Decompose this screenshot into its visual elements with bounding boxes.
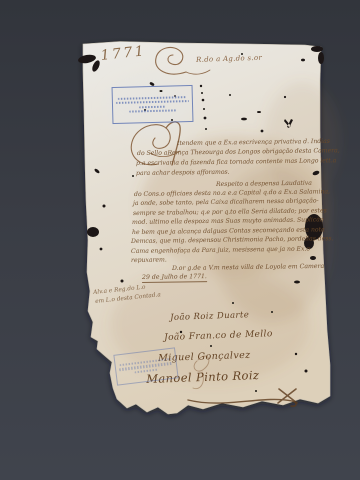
manuscript-line: Respeito a despensa Laudativa: [216, 181, 312, 189]
photograph-of-manuscript: 1771 R.do a Ag.do s.or ttendem que a Ex.…: [0, 0, 360, 480]
stamp-text-line: [116, 100, 189, 104]
stamp-text-line: [118, 96, 188, 100]
stamp-text-line: [129, 110, 176, 113]
dateline-date: 29 de Julho de 1771.: [142, 274, 207, 283]
manuscript-line: para achar despois afforamos.: [136, 170, 230, 178]
archive-stamp-top: [112, 85, 194, 124]
stamp-text-line: [139, 105, 166, 108]
manuscript-line: repuxarem.: [131, 258, 167, 265]
stamp-text-line: [134, 368, 158, 373]
